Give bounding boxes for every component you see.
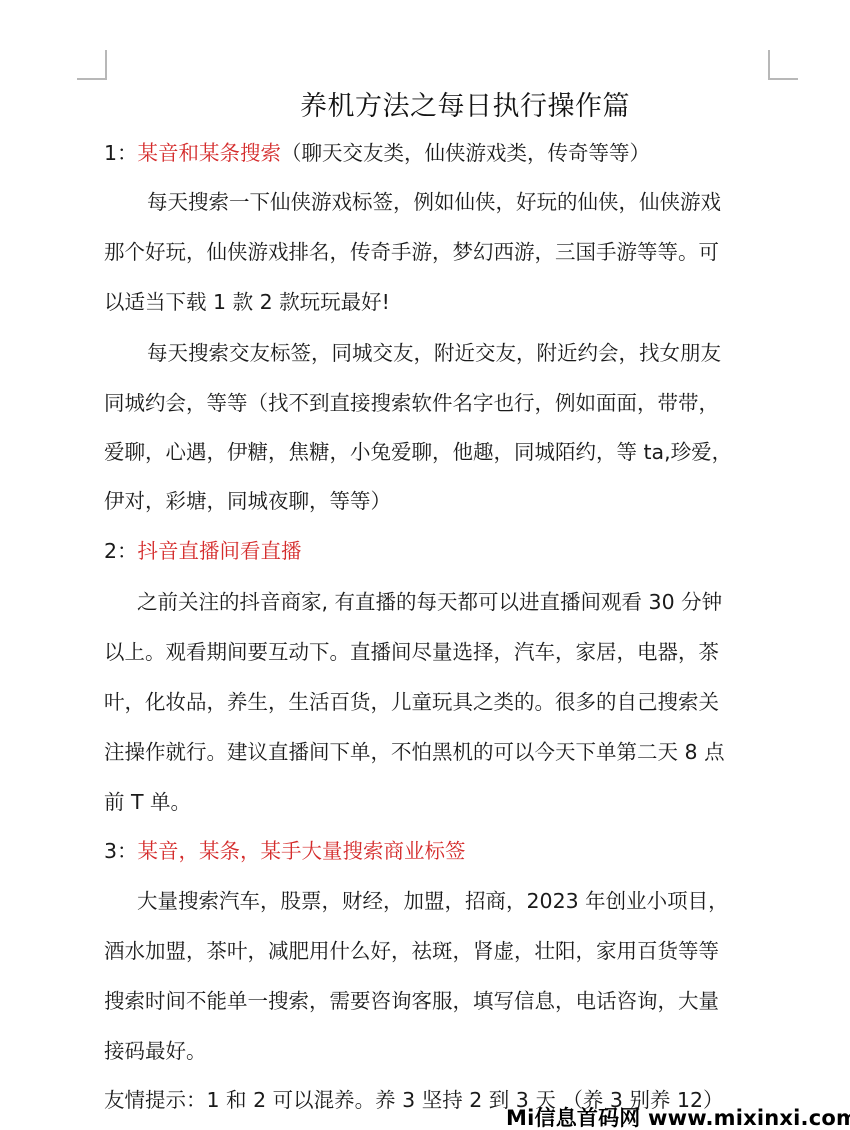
paragraph-line: 接码最好。 — [104, 1041, 207, 1062]
paragraph-line: 每天搜索交友标签，同城交友，附近交友，附近约会，找女朋友 — [147, 343, 721, 364]
paragraph-line: 注操作就行。建议直播间下单，不怕黑机的可以今天下单第二天 8 点 — [104, 742, 725, 763]
paragraph-line: 大量搜索汽车，股票，财经，加盟，招商，2023 年创业小项目， — [137, 891, 729, 912]
section-2-heading: 2：抖音直播间看直播 — [104, 541, 302, 562]
paragraph-line: 之前关注的抖音商家, 有直播的每天都可以进直播间观看 30 分钟 — [137, 592, 722, 613]
paragraph-line: 每天搜索一下仙侠游戏标签，例如仙侠，好玩的仙侠，仙侠游戏 — [147, 192, 721, 213]
paragraph-line: 以适当下载 1 款 2 款玩玩最好! — [104, 292, 390, 313]
paragraph-line: 前 T 单。 — [104, 792, 191, 813]
document-title: 养机方法之每日执行操作篇 — [0, 84, 850, 123]
section-heading-text: 抖音直播间看直播 — [138, 539, 302, 563]
section-number: 1： — [104, 141, 138, 165]
paragraph-line: 爱聊，心遇，伊糖，焦糖，小兔爱聊，他趣，同城陌约，等 ta,珍爱， — [104, 442, 732, 463]
section-number: 2： — [104, 539, 138, 563]
watermark: Mi信息首码网 www.mixinxi.com — [506, 1102, 850, 1130]
page-corner-mark-top-left — [77, 50, 107, 80]
paragraph-line: 以上。观看期间要互动下。直播间尽量选择，汽车，家居，电器，茶 — [104, 642, 719, 663]
paragraph-line: 伊对，彩塘，同城夜聊，等等） — [104, 491, 391, 512]
paragraph-line: 叶，化妆品，养生，生活百货，儿童玩具之类的。很多的自己搜索关 — [104, 692, 719, 713]
section-3-heading: 3：某音，某条，某手大量搜索商业标签 — [104, 841, 466, 862]
section-heading-text: 某音和某条搜索 — [138, 141, 282, 165]
section-heading-note: （聊天交友类，仙侠游戏类，传奇等等） — [281, 141, 650, 165]
paragraph-line: 搜索时间不能单一搜索，需要咨询客服，填写信息，电话咨询，大量 — [104, 991, 719, 1012]
section-number: 3： — [104, 839, 138, 863]
page-corner-mark-top-right — [768, 50, 798, 80]
paragraph-line: 酒水加盟，茶叶，减肥用什么好，祛斑，肾虚，壮阳，家用百货等等 — [104, 941, 719, 962]
paragraph-line: 同城约会，等等（找不到直接搜索软件名字也行，例如面面，带带， — [104, 393, 719, 414]
section-1-heading: 1：某音和某条搜索（聊天交友类，仙侠游戏类，传奇等等） — [104, 143, 650, 164]
paragraph-line: 那个好玩，仙侠游戏排名，传奇手游，梦幻西游，三国手游等等。可 — [104, 242, 719, 263]
section-heading-text: 某音，某条，某手大量搜索商业标签 — [138, 839, 466, 863]
